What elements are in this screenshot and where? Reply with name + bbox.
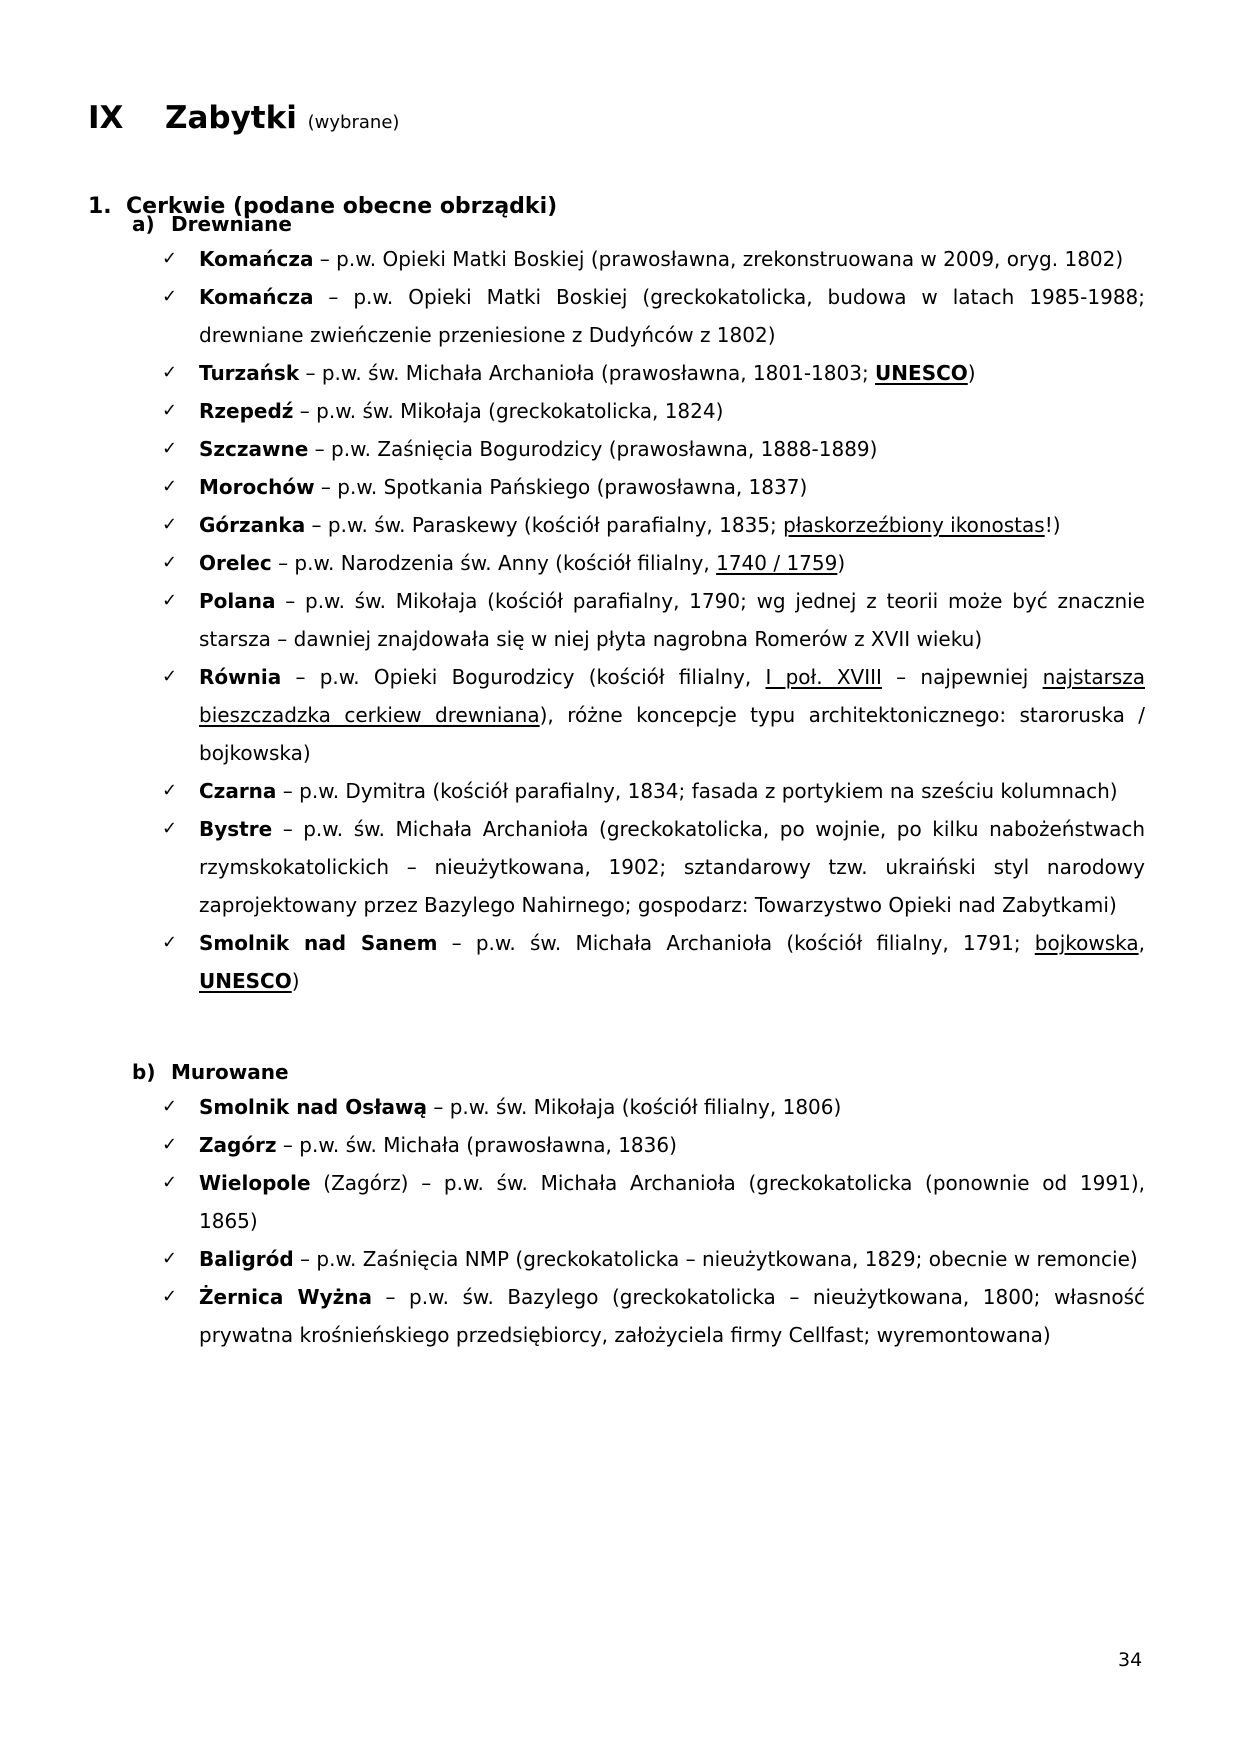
subsection-title: Murowane [171, 1060, 289, 1084]
place-name: Szczawne [199, 437, 308, 461]
list-item: ✓Górzanka – p.w. św. Paraskewy (kościół … [199, 506, 1145, 544]
list-item: ✓Zagórz – p.w. św. Michała (prawosławna,… [199, 1126, 1145, 1164]
subsection-letter: b) [132, 1058, 171, 1086]
list-item: ✓Baligród – p.w. Zaśnięcia NMP (greckoka… [199, 1240, 1145, 1278]
subsection-letter: a) [132, 210, 171, 238]
list-item: ✓Czarna – p.w. Dymitra (kościół parafial… [199, 772, 1145, 810]
item-text: – p.w. Opieki Bogurodzicy (kościół filia… [281, 665, 765, 689]
list-item: ✓Wielopole (Zagórz) – p.w. św. Michała A… [199, 1164, 1145, 1240]
item-text: – p.w. św. Michała Archanioła (prawosław… [299, 361, 875, 385]
item-text: , [1139, 931, 1145, 955]
checkmark-icon: ✓ [162, 506, 177, 544]
list-item: ✓Szczawne – p.w. Zaśnięcia Bogurodzicy (… [199, 430, 1145, 468]
place-name: Wielopole [199, 1171, 311, 1195]
checkmark-icon: ✓ [162, 658, 177, 696]
subsection-title: Drewniane [171, 212, 292, 236]
section-number: 1. [88, 192, 126, 222]
list-item: ✓Morochów – p.w. Spotkania Pańskiego (pr… [199, 468, 1145, 506]
item-text: – najpewniej [882, 665, 1043, 689]
checkmark-icon: ✓ [162, 544, 177, 582]
list-item: ✓Smolnik nad Osławą – p.w. św. Mikołaja … [199, 1088, 1145, 1126]
list-item: ✓Komańcza – p.w. Opieki Matki Boskiej (g… [199, 278, 1145, 354]
emphasis-text: UNESCO [199, 969, 292, 993]
list-item: ✓Bystre – p.w. św. Michała Archanioła (g… [199, 810, 1145, 924]
emphasis-text: UNESCO [875, 361, 968, 385]
item-text: – p.w. Zaśnięcia NMP (greckokatolicka – … [294, 1247, 1138, 1271]
item-text: – p.w. św. Mikołaja (kościół parafialny,… [199, 589, 1145, 651]
subsection-heading-murowane: b)Murowane [132, 1058, 289, 1086]
list-item: ✓Smolnik nad Sanem – p.w. św. Michała Ar… [199, 924, 1145, 1000]
list-item: ✓Rzepedź – p.w. św. Mikołaja (greckokato… [199, 392, 1145, 430]
page-number: 34 [1118, 1648, 1142, 1672]
item-text: – p.w. św. Michała (prawosławna, 1836) [277, 1133, 677, 1157]
list-item: ✓Równia – p.w. Opieki Bogurodzicy (kości… [199, 658, 1145, 772]
document-page: IXZabytki (wybrane) 1.Cerkwie (podane ob… [0, 0, 1241, 1755]
place-name: Turzańsk [199, 361, 299, 385]
checkmark-icon: ✓ [162, 1164, 177, 1202]
item-text: – p.w. Opieki Matki Boskiej (greckokatol… [199, 285, 1145, 347]
item-text: – p.w. Dymitra (kościół parafialny, 1834… [276, 779, 1117, 803]
emphasis-text: 1740 / 1759 [716, 551, 837, 575]
checkmark-icon: ✓ [162, 392, 177, 430]
item-text: – p.w. św. Michała Archanioła (greckokat… [199, 817, 1145, 917]
list-item: ✓Komańcza – p.w. Opieki Matki Boskiej (p… [199, 240, 1145, 278]
item-text: – p.w. św. Michała Archanioła (kościół f… [437, 931, 1034, 955]
chapter-heading: IXZabytki (wybrane) [88, 98, 399, 143]
checkmark-icon: ✓ [162, 468, 177, 506]
list-murowane: ✓Smolnik nad Osławą – p.w. św. Mikołaja … [199, 1088, 1145, 1354]
place-name: Zagórz [199, 1133, 277, 1157]
place-name: Baligród [199, 1247, 294, 1271]
place-name: Komańcza [199, 247, 313, 271]
item-text: !) [1045, 513, 1061, 537]
checkmark-icon: ✓ [162, 772, 177, 810]
list-item: ✓Turzańsk – p.w. św. Michała Archanioła … [199, 354, 1145, 392]
item-text: – p.w. Spotkania Pańskiego (prawosławna,… [315, 475, 808, 499]
place-name: Bystre [199, 817, 272, 841]
place-name: Komańcza [199, 285, 313, 309]
checkmark-icon: ✓ [162, 278, 177, 316]
item-text: – p.w. św. Mikołaja (kościół filialny, 1… [427, 1095, 841, 1119]
subsection-heading-drewniane: a)Drewniane [132, 210, 292, 238]
place-name: Czarna [199, 779, 276, 803]
item-text: – p.w. Zaśnięcia Bogurodzicy (prawosławn… [308, 437, 877, 461]
checkmark-icon: ✓ [162, 430, 177, 468]
place-name: Rzepedź [199, 399, 293, 423]
place-name: Smolnik nad Sanem [199, 931, 437, 955]
checkmark-icon: ✓ [162, 924, 177, 962]
emphasis-text: I poł. XVIII [765, 665, 881, 689]
item-text: – p.w. św. Paraskewy (kościół parafialny… [305, 513, 783, 537]
emphasis-text: płaskorzeźbiony ikonostas [783, 513, 1045, 537]
place-name: Smolnik nad Osławą [199, 1095, 427, 1119]
place-name: Żernica Wyżna [199, 1285, 372, 1309]
place-name: Równia [199, 665, 281, 689]
checkmark-icon: ✓ [162, 582, 177, 620]
emphasis-text: bojkowska [1035, 931, 1139, 955]
list-item: ✓Żernica Wyżna – p.w. św. Bazylego (grec… [199, 1278, 1145, 1354]
checkmark-icon: ✓ [162, 1126, 177, 1164]
item-text: – p.w. Narodzenia św. Anny (kościół fili… [272, 551, 716, 575]
list-item: ✓Polana – p.w. św. Mikołaja (kościół par… [199, 582, 1145, 658]
list-drewniane: ✓Komańcza – p.w. Opieki Matki Boskiej (p… [199, 240, 1145, 1000]
checkmark-icon: ✓ [162, 1240, 177, 1278]
list-item: ✓Orelec – p.w. Narodzenia św. Anny (kośc… [199, 544, 1145, 582]
item-text: ) [292, 969, 300, 993]
checkmark-icon: ✓ [162, 1088, 177, 1126]
checkmark-icon: ✓ [162, 240, 177, 278]
place-name: Morochów [199, 475, 315, 499]
chapter-subtitle: (wybrane) [308, 112, 400, 133]
item-text: – p.w. św. Mikołaja (greckokatolicka, 18… [293, 399, 723, 423]
item-text: ) [837, 551, 845, 575]
chapter-number: IX [88, 98, 165, 138]
place-name: Górzanka [199, 513, 305, 537]
chapter-title: Zabytki [165, 100, 297, 136]
place-name: Polana [199, 589, 275, 613]
item-text: ) [968, 361, 976, 385]
checkmark-icon: ✓ [162, 810, 177, 848]
checkmark-icon: ✓ [162, 1278, 177, 1316]
checkmark-icon: ✓ [162, 354, 177, 392]
item-text: (Zagórz) – p.w. św. Michała Archanioła (… [199, 1171, 1145, 1233]
place-name: Orelec [199, 551, 272, 575]
item-text: – p.w. Opieki Matki Boskiej (prawosławna… [313, 247, 1123, 271]
